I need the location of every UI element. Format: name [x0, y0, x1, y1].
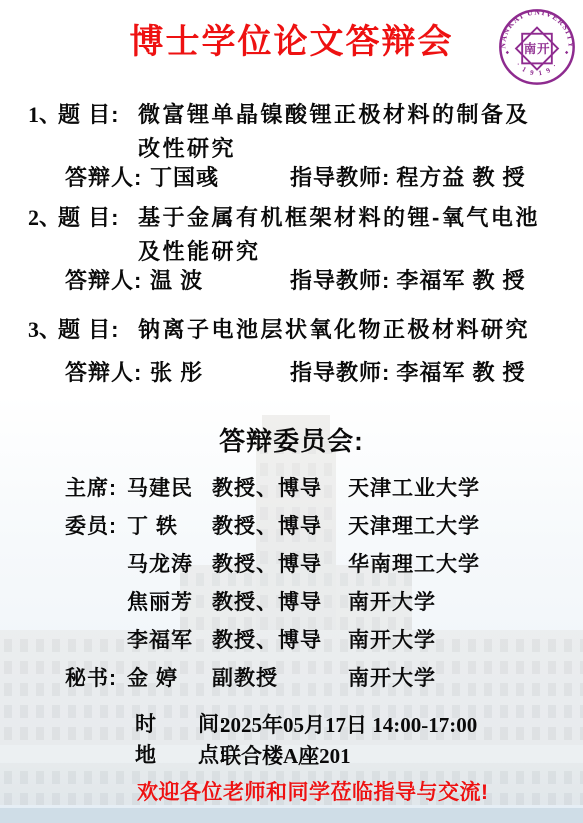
topic-row: 2、 题 目: 基于金属有机框架材料的锂-氧气电池及性能研究	[28, 201, 573, 269]
place-value: 联合楼A座201	[220, 742, 351, 770]
topic-row: 1、 题 目: 微富锂单晶镍酸锂正极材料的制备及改性研究	[28, 98, 573, 166]
committee-member-title: 教授、博导	[212, 550, 322, 580]
page-title: 博士学位论文答辩会	[0, 14, 583, 63]
defense-item: 3、 题 目: 钠离子电池层状氧化物正极材料研究 答辩人: 张 彤 指导教师:李…	[28, 313, 573, 388]
time-row: 时 间: 2025年05月17日 14:00-17:00	[135, 711, 575, 742]
people-row: 答辩人: 丁国彧 指导教师:程方益 教 授	[65, 163, 573, 193]
advisor-name: 程方益 教 授	[396, 165, 525, 190]
committee-row: 委员: 丁 轶 教授、博导 天津理工大学	[65, 512, 555, 550]
seal-center-characters: 南开	[524, 41, 551, 56]
topic-text: 钠离子电池层状氧化物正极材料研究	[138, 313, 550, 347]
committee-heading: 答辩委员会:	[0, 421, 583, 458]
committee-member-affiliation: 南开大学	[348, 626, 436, 656]
topic-label: 题 目:	[58, 313, 138, 347]
welcome-message: 欢迎各位老师和同学莅临指导与交流!	[137, 776, 577, 806]
defense-item: 2、 题 目: 基于金属有机框架材料的锂-氧气电池及性能研究 答辩人: 温 波 …	[28, 201, 573, 296]
advisor-name: 李福军 教 授	[396, 360, 525, 385]
item-number: 3、	[28, 313, 58, 347]
committee-row: 主席: 马建民 教授、博导 天津工业大学	[65, 474, 555, 512]
committee-member-title: 教授、博导	[212, 474, 322, 504]
committee-member-title: 副教授	[212, 664, 278, 694]
committee-role: 主席:	[65, 474, 117, 504]
event-details: 时 间: 2025年05月17日 14:00-17:00 地 点: 联合楼A座2…	[135, 711, 575, 806]
committee-member-name: 马龙涛	[127, 550, 193, 580]
topic-label: 题 目:	[58, 201, 138, 235]
committee-member-name: 丁 轶	[127, 512, 178, 542]
committee-member-name: 焦丽芳	[127, 588, 193, 618]
defender-name: 丁国彧	[150, 163, 219, 193]
advisor-name: 李福军 教 授	[396, 268, 525, 293]
defender-label: 答辩人:	[65, 163, 142, 193]
defense-announcement-poster: 博士学位论文答辩会 NANKAI UNIVERSITY · 1 9 1 9 · …	[0, 0, 583, 823]
people-row: 答辩人: 张 彤 指导教师:李福军 教 授	[65, 358, 573, 388]
topic-text: 基于金属有机框架材料的锂-氧气电池及性能研究	[138, 201, 550, 269]
place-label: 地 点:	[135, 742, 226, 770]
committee-row: 焦丽芳 教授、博导 南开大学	[65, 588, 555, 626]
advisor-label: 指导教师:	[290, 268, 390, 293]
item-number: 1、	[28, 98, 58, 132]
committee-member-title: 教授、博导	[212, 512, 322, 542]
committee-role: 委员:	[65, 512, 117, 542]
advisor-group: 指导教师:程方益 教 授	[290, 163, 526, 193]
time-value: 2025年05月17日 14:00-17:00	[220, 711, 477, 739]
defender-name: 温 波	[150, 266, 203, 296]
university-seal: NANKAI UNIVERSITY · 1 9 1 9 · 南开	[498, 8, 576, 86]
committee-member-affiliation: 华南理工大学	[348, 550, 480, 580]
advisor-group: 指导教师:李福军 教 授	[290, 266, 526, 296]
committee-table: 主席: 马建民 教授、博导 天津工业大学 委员: 丁 轶 教授、博导 天津理工大…	[65, 474, 555, 702]
committee-member-name: 李福军	[127, 626, 193, 656]
defender-name: 张 彤	[150, 358, 203, 388]
committee-member-affiliation: 天津理工大学	[348, 512, 480, 542]
advisor-label: 指导教师:	[290, 360, 390, 385]
topic-text: 微富锂单晶镍酸锂正极材料的制备及改性研究	[138, 98, 550, 166]
committee-row: 李福军 教授、博导 南开大学	[65, 626, 555, 664]
committee-row: 秘书: 金 婷 副教授 南开大学	[65, 664, 555, 702]
committee-role: 秘书:	[65, 664, 117, 694]
committee-member-name: 金 婷	[127, 664, 178, 694]
place-row: 地 点: 联合楼A座201	[135, 742, 575, 773]
committee-member-title: 教授、博导	[212, 626, 322, 656]
defense-item: 1、 题 目: 微富锂单晶镍酸锂正极材料的制备及改性研究 答辩人: 丁国彧 指导…	[28, 98, 573, 193]
defender-label: 答辩人:	[65, 266, 142, 296]
committee-member-title: 教授、博导	[212, 588, 322, 618]
committee-member-name: 马建民	[127, 474, 193, 504]
topic-label: 题 目:	[58, 98, 138, 132]
advisor-label: 指导教师:	[290, 165, 390, 190]
committee-member-affiliation: 南开大学	[348, 588, 436, 618]
defender-label: 答辩人:	[65, 358, 142, 388]
committee-member-affiliation: 南开大学	[348, 664, 436, 694]
bottom-photo-band	[0, 808, 583, 823]
committee-member-affiliation: 天津工业大学	[348, 474, 480, 504]
item-number: 2、	[28, 201, 58, 235]
committee-row: 马龙涛 教授、博导 华南理工大学	[65, 550, 555, 588]
topic-row: 3、 题 目: 钠离子电池层状氧化物正极材料研究	[28, 313, 573, 347]
people-row: 答辩人: 温 波 指导教师:李福军 教 授	[65, 266, 573, 296]
advisor-group: 指导教师:李福军 教 授	[290, 358, 526, 388]
time-label: 时 间:	[135, 711, 226, 739]
